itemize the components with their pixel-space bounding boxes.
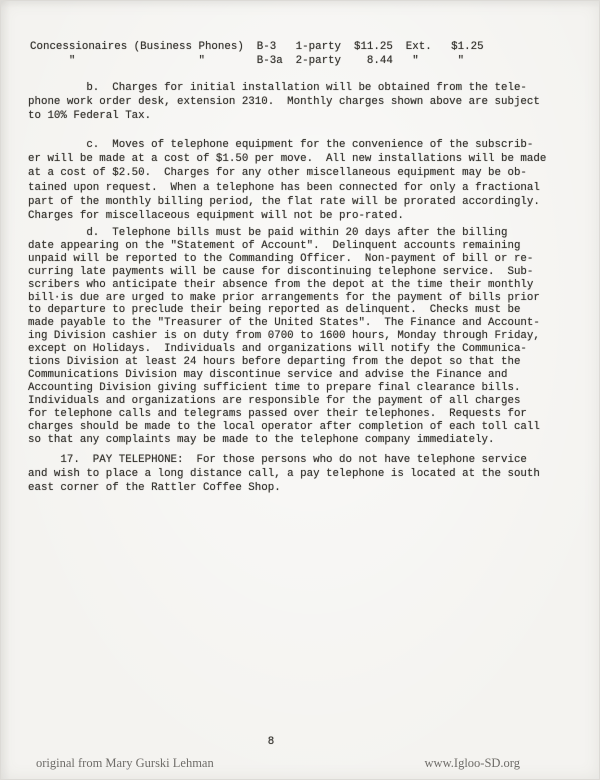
phone-rate-table: Concessionaires (Business Phones) B-3 1-… <box>30 40 484 68</box>
paragraph-installation-charges: b. Charges for initial installation will… <box>28 81 540 124</box>
source-credit: original from Mary Gurski Lehman <box>36 756 214 771</box>
paragraph-equipment-moves: c. Moves of telephone equipment for the … <box>28 138 546 223</box>
scanned-document-page: Concessionaires (Business Phones) B-3 1-… <box>0 0 600 780</box>
paragraph-telephone-bills: d. Telephone bills must be paid within 2… <box>28 227 540 446</box>
paragraph-pay-telephone: 17. PAY TELEPHONE: For those persons who… <box>28 453 540 496</box>
website-credit: www.Igloo-SD.org <box>425 756 520 771</box>
page-number: 8 <box>1 735 541 749</box>
